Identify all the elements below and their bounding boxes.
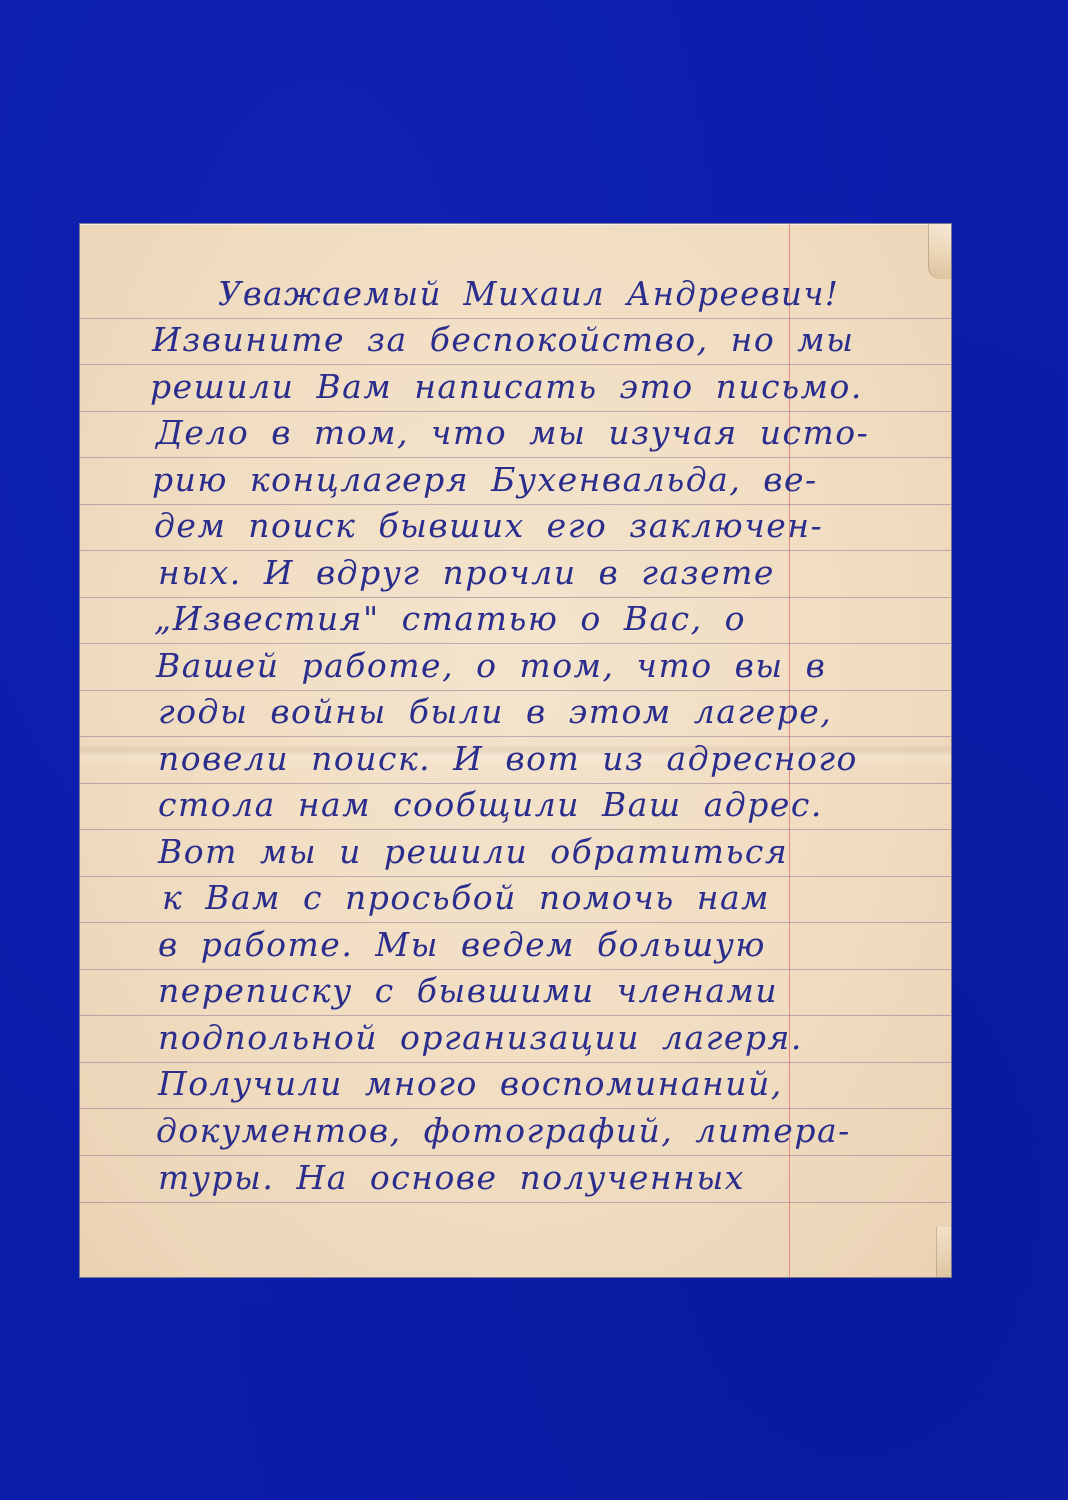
ruled-line <box>80 1155 951 1156</box>
ruled-line <box>80 783 951 784</box>
letter-line: подпольной организации лагеря. <box>158 1018 803 1058</box>
letter-line: решили Вам написать это письмо. <box>150 367 863 407</box>
letter-line: Извините за беспокойство, но мы <box>152 320 854 360</box>
letter-greeting: Уважаемый Михаил Андреевич! <box>218 274 839 314</box>
ruled-line <box>80 829 951 830</box>
ruled-line <box>80 364 951 365</box>
ruled-line <box>80 876 951 877</box>
ruled-line <box>80 1202 951 1203</box>
ruled-line <box>80 1062 951 1063</box>
ruled-line <box>80 1015 951 1016</box>
ruled-line <box>80 690 951 691</box>
ruled-line <box>80 457 951 458</box>
folded-corner-bottom <box>936 1227 951 1277</box>
ruled-line <box>80 318 951 319</box>
letter-line: в работе. Мы ведем большую <box>158 925 766 965</box>
letter-line: переписку с бывшими членами <box>158 971 778 1011</box>
letter-line: Вот мы и решили обратиться <box>158 832 788 872</box>
letter-line: годы войны были в этом лагере, <box>158 692 832 732</box>
letter-line: туры. На основе полученных <box>158 1158 745 1198</box>
ruled-line <box>80 597 951 598</box>
ruled-line <box>80 411 951 412</box>
ruled-line <box>80 643 951 644</box>
letter-line: рию концлагеря Бухенвальда, ве- <box>152 460 818 500</box>
ruled-line <box>80 969 951 970</box>
ruled-line <box>80 736 951 737</box>
letter-line: стола нам сообщили Ваш адрес. <box>158 785 823 825</box>
letter-page: Уважаемый Михаил Андреевич! Извините за … <box>80 224 951 1277</box>
letter-line: ных. И вдруг прочли в газете <box>158 553 775 593</box>
ruled-line <box>80 1108 951 1109</box>
letter-line: повели поиск. И вот из адресного <box>158 739 858 779</box>
letter-line: документов, фотографий, литера- <box>156 1111 851 1151</box>
letter-line: Получили много воспоминаний, <box>158 1064 783 1104</box>
letter-line: Дело в том, что мы изучая исто- <box>156 413 869 453</box>
letter-line: к Вам с просьбой помочь нам <box>162 878 770 918</box>
letter-line: „Известия" статью о Вас, о <box>154 599 746 639</box>
ruled-line <box>80 504 951 505</box>
ruled-line <box>80 550 951 551</box>
letter-line: дем поиск бывших его заключен- <box>154 506 823 546</box>
folded-corner-top <box>928 224 951 279</box>
ruled-line <box>80 922 951 923</box>
letter-line: Вашей работе, о том, что вы в <box>156 646 826 686</box>
